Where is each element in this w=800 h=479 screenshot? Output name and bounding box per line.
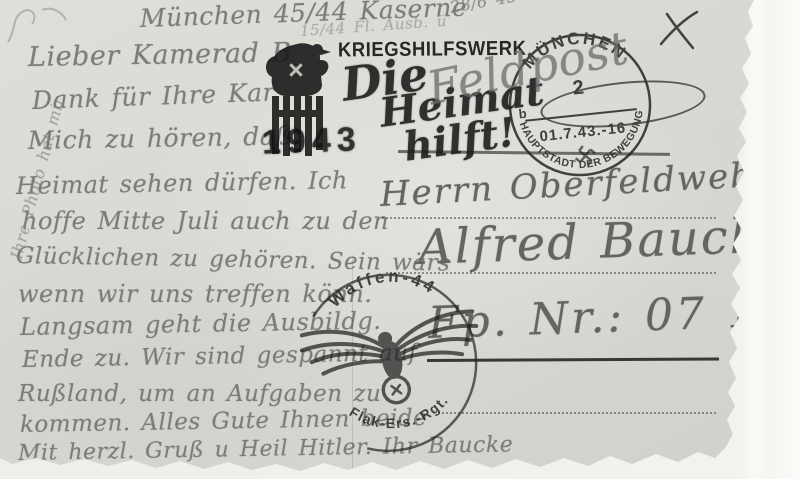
unit-stamp-eagle-icon bbox=[300, 310, 486, 414]
postmark-letter: b bbox=[518, 106, 528, 122]
x-mark bbox=[655, 8, 705, 52]
unit-stamp-bottom-text: Flak-Ers.-Rgt. bbox=[345, 390, 454, 438]
pencil-scribble bbox=[2, 2, 72, 50]
svg-text:Waffen-44: Waffen-44 bbox=[322, 260, 443, 313]
message-line: Mich zu hören, daß bbox=[28, 121, 293, 155]
svg-text:Flak-Ers.-Rgt.: Flak-Ers.-Rgt. bbox=[345, 390, 454, 438]
postcard-paper: München 45/44 Kaserne 28/6 43 15/44 Fl. … bbox=[0, 0, 758, 479]
unit-stamp-center-mark bbox=[388, 381, 405, 398]
feldpost-underline bbox=[427, 357, 719, 362]
charity-stamp-year: 1943 bbox=[261, 120, 362, 162]
scanned-postcard-back: München 45/44 Kaserne 28/6 43 15/44 Fl. … bbox=[0, 0, 800, 479]
message-line: hoffe Mitte Juli auch zu den bbox=[22, 207, 389, 235]
unit-stamp-top-text: Waffen-44 bbox=[322, 260, 443, 313]
message-line: Heimat sehen dürfen. Ich bbox=[16, 166, 348, 200]
header-date-note: 28/6 43 bbox=[448, 0, 518, 17]
